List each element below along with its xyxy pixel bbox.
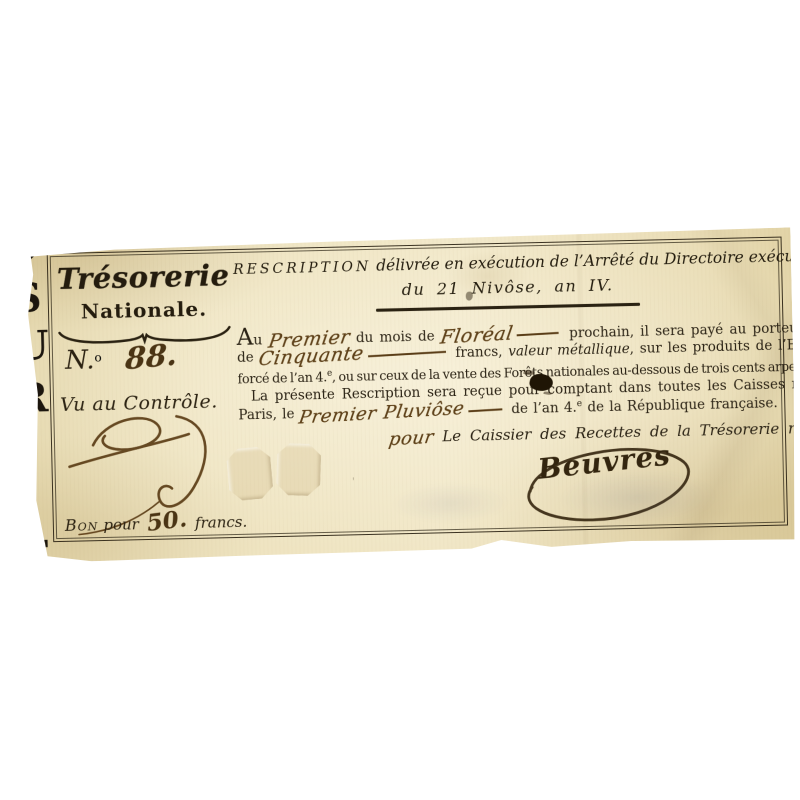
superscript-e: e <box>577 399 583 409</box>
serial-label: N. <box>65 345 95 376</box>
ink-dot <box>28 528 38 538</box>
rescription-word: RESCRIPTION <box>233 259 371 278</box>
print-text: de la République française. <box>587 395 778 415</box>
francs-word: francs. <box>195 513 248 532</box>
serial-value: 88. <box>124 337 178 377</box>
treasury-masthead-title: Trésorerie <box>55 258 232 296</box>
serial-sup: o <box>94 351 102 365</box>
print-text: du mois de <box>356 328 435 346</box>
hand-dash <box>368 351 446 357</box>
hand-dash <box>517 332 559 336</box>
stub-letter: R <box>15 378 49 419</box>
handwritten-pour: pour <box>387 429 435 450</box>
print-text: francs, <box>455 344 502 361</box>
ink-show-through <box>558 467 719 529</box>
treasury-masthead-subtitle: Nationale. <box>56 296 232 324</box>
valeur-metallique-italic: valeur métallique <box>508 341 630 360</box>
bon-pour-line: Bon pour 50. francs. <box>65 506 248 537</box>
bon-word: Bon <box>65 515 99 535</box>
ink-show-through <box>390 482 511 525</box>
stub-letter: I <box>17 475 37 515</box>
print-text: de l’an 4. <box>511 400 577 417</box>
stub-letter: T <box>18 536 49 577</box>
print-text: forcé de l’an 4. <box>237 370 327 387</box>
pour-word: pour <box>103 515 139 534</box>
print-text: de <box>237 350 254 366</box>
serial-number: N.o 88. <box>65 339 178 377</box>
hand-dash <box>468 408 502 412</box>
stub-letter: ’ <box>17 499 30 533</box>
photo-background: ) S U R I ’ T Trésorerie Nationale. N.o … <box>0 0 800 800</box>
bon-amount-handwritten: 50. <box>145 505 188 537</box>
print-text: , sur les produits de l’Emprunt <box>630 336 800 357</box>
stub-letter: U <box>13 326 49 367</box>
au-word: Au <box>236 324 262 351</box>
rescription-document: ) S U R I ’ T Trésorerie Nationale. N.o … <box>24 227 797 562</box>
embossed-seal <box>276 443 322 496</box>
stub-letter: S <box>12 278 42 319</box>
print-text: Paris, le <box>238 406 294 423</box>
